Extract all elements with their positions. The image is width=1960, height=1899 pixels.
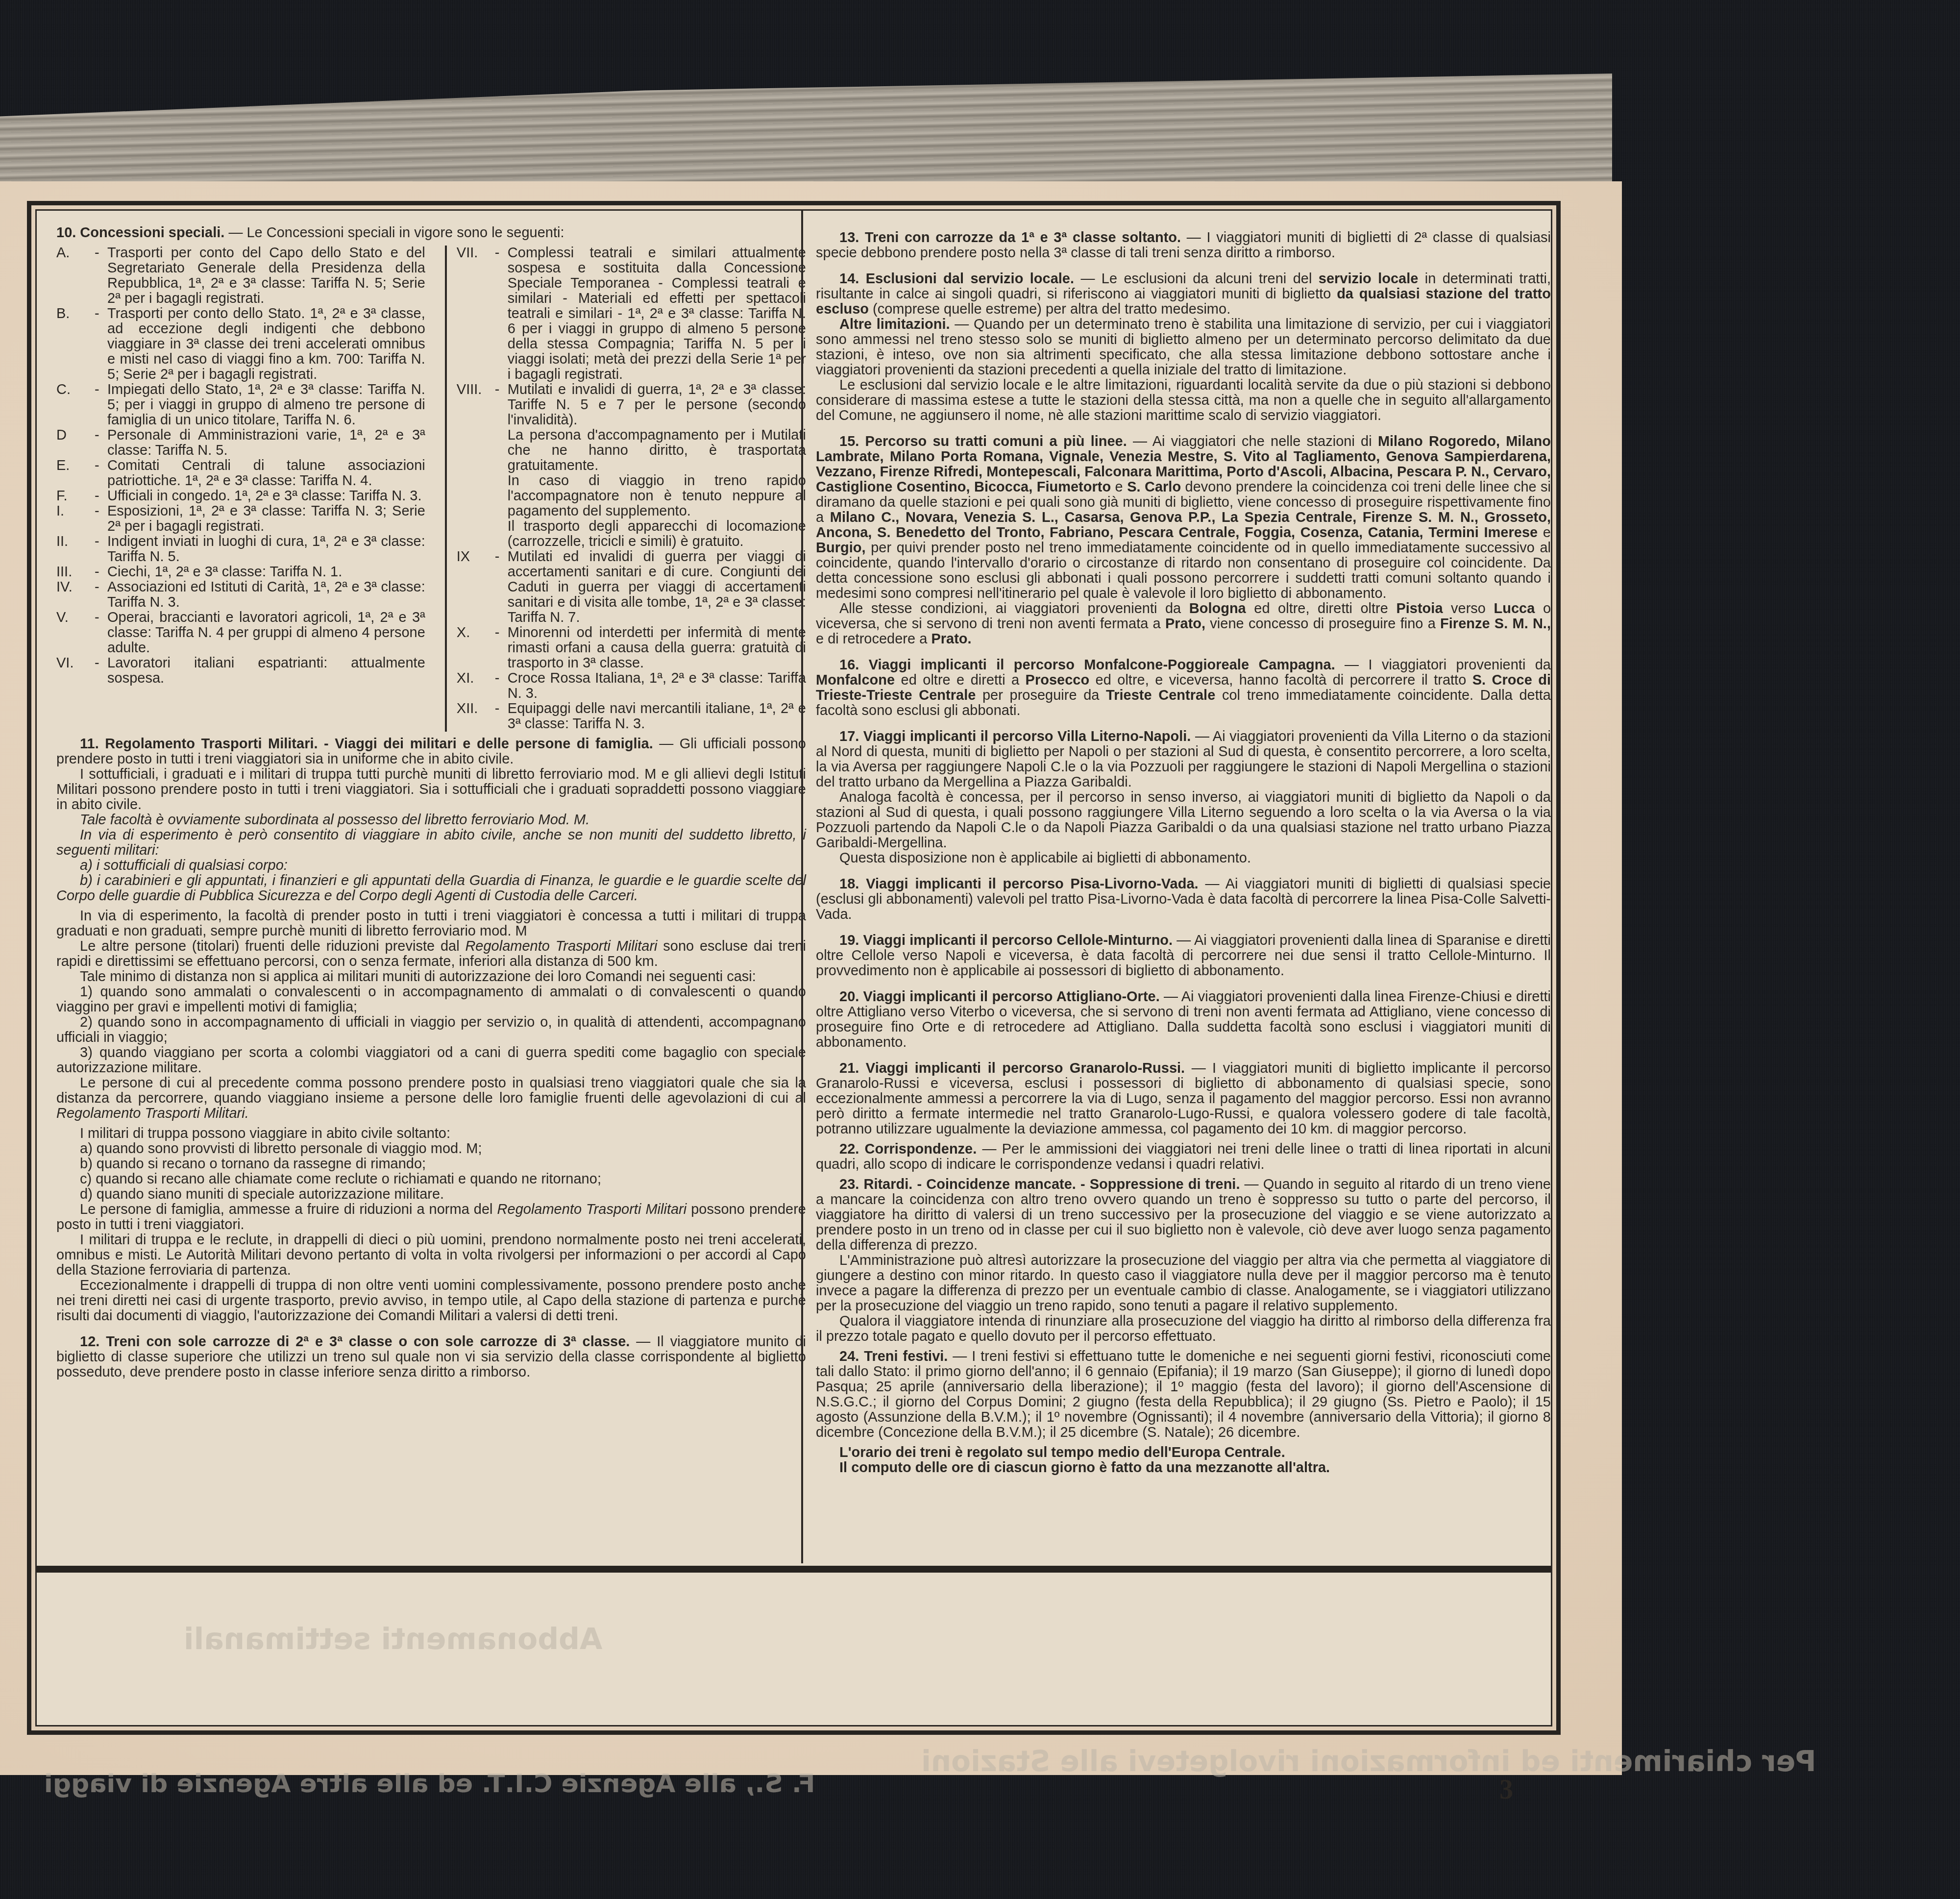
concession-item: I.-Esposizioni, 1ª, 2ª e 3ª classe: Tari… xyxy=(56,504,425,534)
list-item: 2) quando sono in accompagnamento di uff… xyxy=(56,1015,806,1045)
section-14: 14. Esclusioni dal servizio locale. — Le… xyxy=(816,271,1551,317)
section-21: 21. Viaggi implicanti il percorso Granar… xyxy=(816,1061,1551,1137)
concession-item: VIII.- Mutilati e invalidi di guerra, 1ª… xyxy=(457,382,806,549)
section-22-title: 22. Corrispondenze. xyxy=(839,1141,977,1157)
section-22: 22. Corrispondenze. — Per le ammissioni … xyxy=(816,1142,1551,1172)
concession-item: C.-Impiegati dello Stato, 1ª, 2ª e 3ª cl… xyxy=(56,382,425,428)
paragraph: In via di esperimento, la facoltà di pre… xyxy=(56,909,806,939)
list-item: c) quando si recano alle chiamate come r… xyxy=(56,1172,806,1187)
section-18: 18. Viaggi implicanti il percorso Pisa-L… xyxy=(816,877,1551,922)
section-13-title: 13. Treni con carrozze da 1ª e 3ª classe… xyxy=(839,230,1181,246)
section-17-title: 17. Viaggi implicanti il percorso Villa … xyxy=(839,729,1191,744)
section-18-title: 18. Viaggi implicanti il percorso Pisa-L… xyxy=(839,876,1199,892)
section-23-title: 23. Ritardi. - Coincidenze mancate. - So… xyxy=(839,1177,1240,1192)
list-item: b) quando si recano o tornano da rassegn… xyxy=(56,1157,806,1172)
section-24: 24. Treni festivi. — I treni festivi si … xyxy=(816,1349,1551,1440)
section-10: 10. Concessioni speciali. — Le Concessio… xyxy=(56,225,806,241)
page-number: 3 xyxy=(1499,1774,1513,1805)
section-15: 15. Percorso su tratti comuni a più line… xyxy=(816,434,1551,601)
section-10-intro: — Le Concessioni speciali in vigore sono… xyxy=(228,225,564,241)
paragraph: L'Amministrazione può altresì autorizzar… xyxy=(816,1253,1551,1314)
concession-item: B.-Trasporti per conto dello Stato. 1ª, … xyxy=(56,306,425,382)
paragraph: I militari di truppa possono viaggiare i… xyxy=(56,1126,806,1141)
list-item: b) i carabinieri e gli appuntati, i fina… xyxy=(56,873,806,904)
book-page: Per chiarimenti ed informazioni rivolget… xyxy=(0,181,1622,1775)
paragraph: Tale minimo di distanza non si applica a… xyxy=(56,969,806,985)
bleed-through-text: Abbonamenti settimanali xyxy=(184,1622,603,1656)
right-column: 13. Treni con carrozze da 1ª e 3ª classe… xyxy=(801,211,1551,1563)
paragraph: Analoga facoltà è concessa, per il perco… xyxy=(816,790,1551,851)
list-item: a) quando sono provvisti di libretto per… xyxy=(56,1141,806,1157)
section-12-title: 12. Treni con sole carrozze di 2ª e 3ª c… xyxy=(80,1334,630,1350)
concession-item: V.-Operai, braccianti e lavoratori agric… xyxy=(56,610,425,656)
concession-item: D-Personale di Amministrazioni varie, 1ª… xyxy=(56,428,425,458)
content-frame: 10. Concessioni speciali. — Le Concessio… xyxy=(27,201,1561,1735)
section-14-title: 14. Esclusioni dal servizio locale. xyxy=(839,271,1074,287)
concession-item: F.-Ufficiali in congedo. 1ª, 2ª e 3ª cla… xyxy=(56,489,425,504)
concession-item: XII.-Equipaggi delle navi mercantili ita… xyxy=(457,701,806,732)
list-item: d) quando siano muniti di speciale autor… xyxy=(56,1187,806,1202)
section-16-title: 16. Viaggi implicanti il percorso Monfal… xyxy=(839,657,1335,673)
section-12: 12. Treni con sole carrozze di 2ª e 3ª c… xyxy=(56,1334,806,1380)
paragraph: Questa disposizione non è applicabile ai… xyxy=(816,851,1551,866)
section-23: 23. Ritardi. - Coincidenze mancate. - So… xyxy=(816,1177,1551,1253)
list-item: 1) quando sono ammalati o convalescenti … xyxy=(56,985,806,1015)
bottom-rule xyxy=(37,1566,1551,1573)
paragraph: Alle stesse condizioni, ai viaggiatori p… xyxy=(816,601,1551,647)
concession-item: III.-Ciechi, 1ª, 2ª e 3ª classe: Tariffa… xyxy=(56,565,425,580)
section-10-title: 10. Concessioni speciali. xyxy=(56,225,224,241)
concession-item: E.-Comitati Centrali di talune associazi… xyxy=(56,458,425,489)
section-16: 16. Viaggi implicanti il percorso Monfal… xyxy=(816,658,1551,718)
concessions-list-right: VII.-Complessi teatrali e similari attua… xyxy=(445,246,806,732)
bleed-through-text: Per chiarimenti ed informazioni rivolget… xyxy=(921,1745,1816,1778)
concession-item: XI.-Croce Rossa Italiana, 1ª, 2ª e 3ª cl… xyxy=(457,671,806,701)
paragraph: Le persone di famiglia, ammesse a fruire… xyxy=(56,1202,806,1233)
concession-item: II.-Indigent inviati in luoghi di cura, … xyxy=(56,534,425,565)
paragraph: Le esclusioni dal servizio locale e le a… xyxy=(816,378,1551,423)
section-11: 11. Regolamento Trasporti Militari. - Vi… xyxy=(56,737,806,767)
section-13: 13. Treni con carrozze da 1ª e 3ª classe… xyxy=(816,230,1551,261)
paragraph: Qualora il viaggiatore intenda di rinunz… xyxy=(816,1314,1551,1344)
section-19: 19. Viaggi implicanti il percorso Cellol… xyxy=(816,933,1551,979)
list-item: a) i sottufficiali di qualsiasi corpo: xyxy=(56,858,806,873)
section-17: 17. Viaggi implicanti il percorso Villa … xyxy=(816,729,1551,790)
left-column: 10. Concessioni speciali. — Le Concessio… xyxy=(56,211,806,1380)
paragraph: In via di esperimento è però consentito … xyxy=(56,828,806,858)
content-frame-inner: 10. Concessioni speciali. — Le Concessio… xyxy=(35,209,1552,1726)
section-20-title: 20. Viaggi implicanti il percorso Attigl… xyxy=(839,989,1160,1005)
concession-item: X.-Minorenni od interdetti per infermità… xyxy=(457,625,806,671)
closing-note-hours: Il computo delle ore di ciascun giorno è… xyxy=(816,1460,1551,1476)
bleed-through-text: F. S., alle Agenzie C.I.T. ed alle altre… xyxy=(44,1769,815,1799)
section-20: 20. Viaggi implicanti il percorso Attigl… xyxy=(816,989,1551,1050)
list-item: 3) quando viaggiano per scorta a colombi… xyxy=(56,1045,806,1076)
section-21-title: 21. Viaggi implicanti il percorso Granar… xyxy=(839,1060,1185,1076)
concession-item: VII.-Complessi teatrali e similari attua… xyxy=(457,246,806,382)
paragraph: Le persone di cui al precedente comma po… xyxy=(56,1076,806,1121)
paragraph: I militari di truppa e le reclute, in dr… xyxy=(56,1233,806,1278)
section-11-title: 11. Regolamento Trasporti Militari. - Vi… xyxy=(80,736,653,752)
concession-item: A.-Trasporti per conto del Capo dello St… xyxy=(56,246,425,306)
paragraph: Tale facoltà è ovviamente subordinata al… xyxy=(56,813,806,828)
other-limitations: Altre limitazioni. — Quando per un deter… xyxy=(816,317,1551,378)
concessions-list-left: A.-Trasporti per conto del Capo dello St… xyxy=(56,246,425,732)
concession-item: IX-Mutilati ed invalidi di guerra per vi… xyxy=(457,549,806,625)
section-15-title: 15. Percorso su tratti comuni a più line… xyxy=(839,434,1127,449)
paragraph: Eccezionalmente i drappelli di truppa di… xyxy=(56,1278,806,1324)
paragraph: Le altre persone (titolari) fruenti dell… xyxy=(56,939,806,969)
concession-item: IV.-Associazioni ed Istituti di Carità, … xyxy=(56,580,425,610)
section-24-title: 24. Treni festivi. xyxy=(839,1349,948,1364)
concession-item: VI.-Lavoratori italiani espatrianti: att… xyxy=(56,656,425,686)
closing-note-timezone: L'orario dei treni è regolato sul tempo … xyxy=(816,1445,1551,1460)
section-19-title: 19. Viaggi implicanti il percorso Cellol… xyxy=(839,933,1173,948)
paragraph: I sottufficiali, i graduati e i militari… xyxy=(56,767,806,813)
